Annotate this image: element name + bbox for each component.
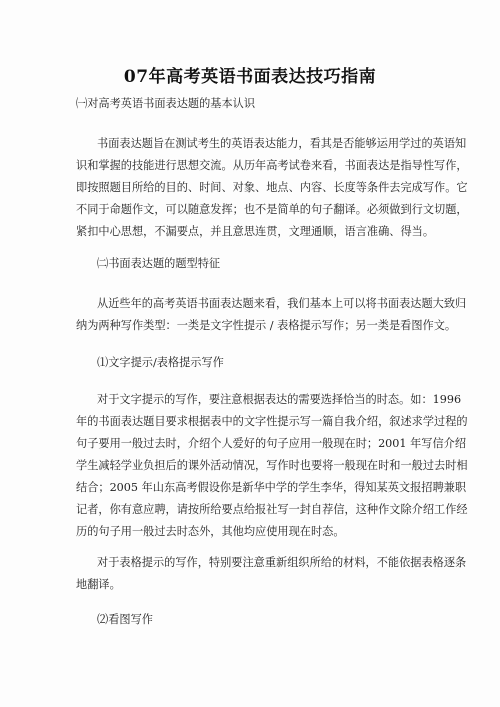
paragraph-line: 地翻译。 [76, 578, 428, 592]
paragraph-line: 识和掌握的技能进行思想交流。从历年高考试卷来看，书面表达是指导性写作， [76, 159, 428, 173]
paragraph-line: 对于表格提示的写作，特别要注意重新组织所给的材料，不能依据表格逐条 [97, 556, 428, 570]
paragraph-line: 从近些年的高考英语书面表达题来看，我们基本上可以将书面表达题大致归 [97, 297, 428, 311]
section-heading-2: ㈡书面表达题的题型特征 [97, 257, 220, 271]
paragraph-line: 紧扣中心思想，不漏要点，并且意思连贯，文理通顺，语言准确、得当。 [76, 225, 428, 239]
section-heading-4: ⑵看图写作 [97, 613, 153, 627]
paragraph-line: 纳为两种写作类型：一类是文字性提示 / 表格提示写作；另一类是看图作文。 [76, 319, 428, 333]
document-title: 07年高考英语书面表达技巧指南 [0, 62, 500, 87]
paragraph-line: 学生减轻学业负担后的课外活动情况，写作时也要将一般现在时和一般过去时相 [76, 459, 428, 473]
section-heading-1: ㈠对高考英语书面表达题的基本认识 [76, 97, 255, 111]
paragraph-line: 历的句子用一般过去时态外，其他均应使用现在时态。 [76, 525, 428, 539]
paragraph-line: 记者，你有意应聘，请按所给要点给报社写一封自荐信，这种作文除介绍工作经 [76, 503, 428, 517]
section-heading-3: ⑴文字提示/表格提示写作 [97, 356, 224, 370]
paragraph-line: 结合；2005 年山东高考假设你是新华中学的学生李华，得知某英文报招聘兼职 [76, 481, 428, 495]
paragraph-line: 对于文字提示的写作，要注意根据表达的需要选择恰当的时态。如：1996 [97, 393, 428, 407]
paragraph-line: 年的书面表达题目要求根据表中的文字性提示写一篇自我介绍，叙述求学过程的 [76, 415, 428, 429]
document-page: 07年高考英语书面表达技巧指南 ㈠对高考英语书面表达题的基本认识 书面表达题旨在… [0, 0, 500, 707]
paragraph-line: 句子要用一般过去时，介绍个人爱好的句子应用一般现在时；2001 年写信介绍 [76, 437, 428, 451]
paragraph-line: 书面表达题旨在测试考生的英语表达能力，看其是否能够运用学过的英语知 [97, 137, 428, 151]
paragraph-line: 即按照题目所给的目的、时间、对象、地点、内容、长度等条件去完成写作。它 [76, 181, 428, 195]
paragraph-line: 不同于命题作文，可以随意发挥；也不是简单的句子翻译。必须做到行文切题， [76, 203, 428, 217]
